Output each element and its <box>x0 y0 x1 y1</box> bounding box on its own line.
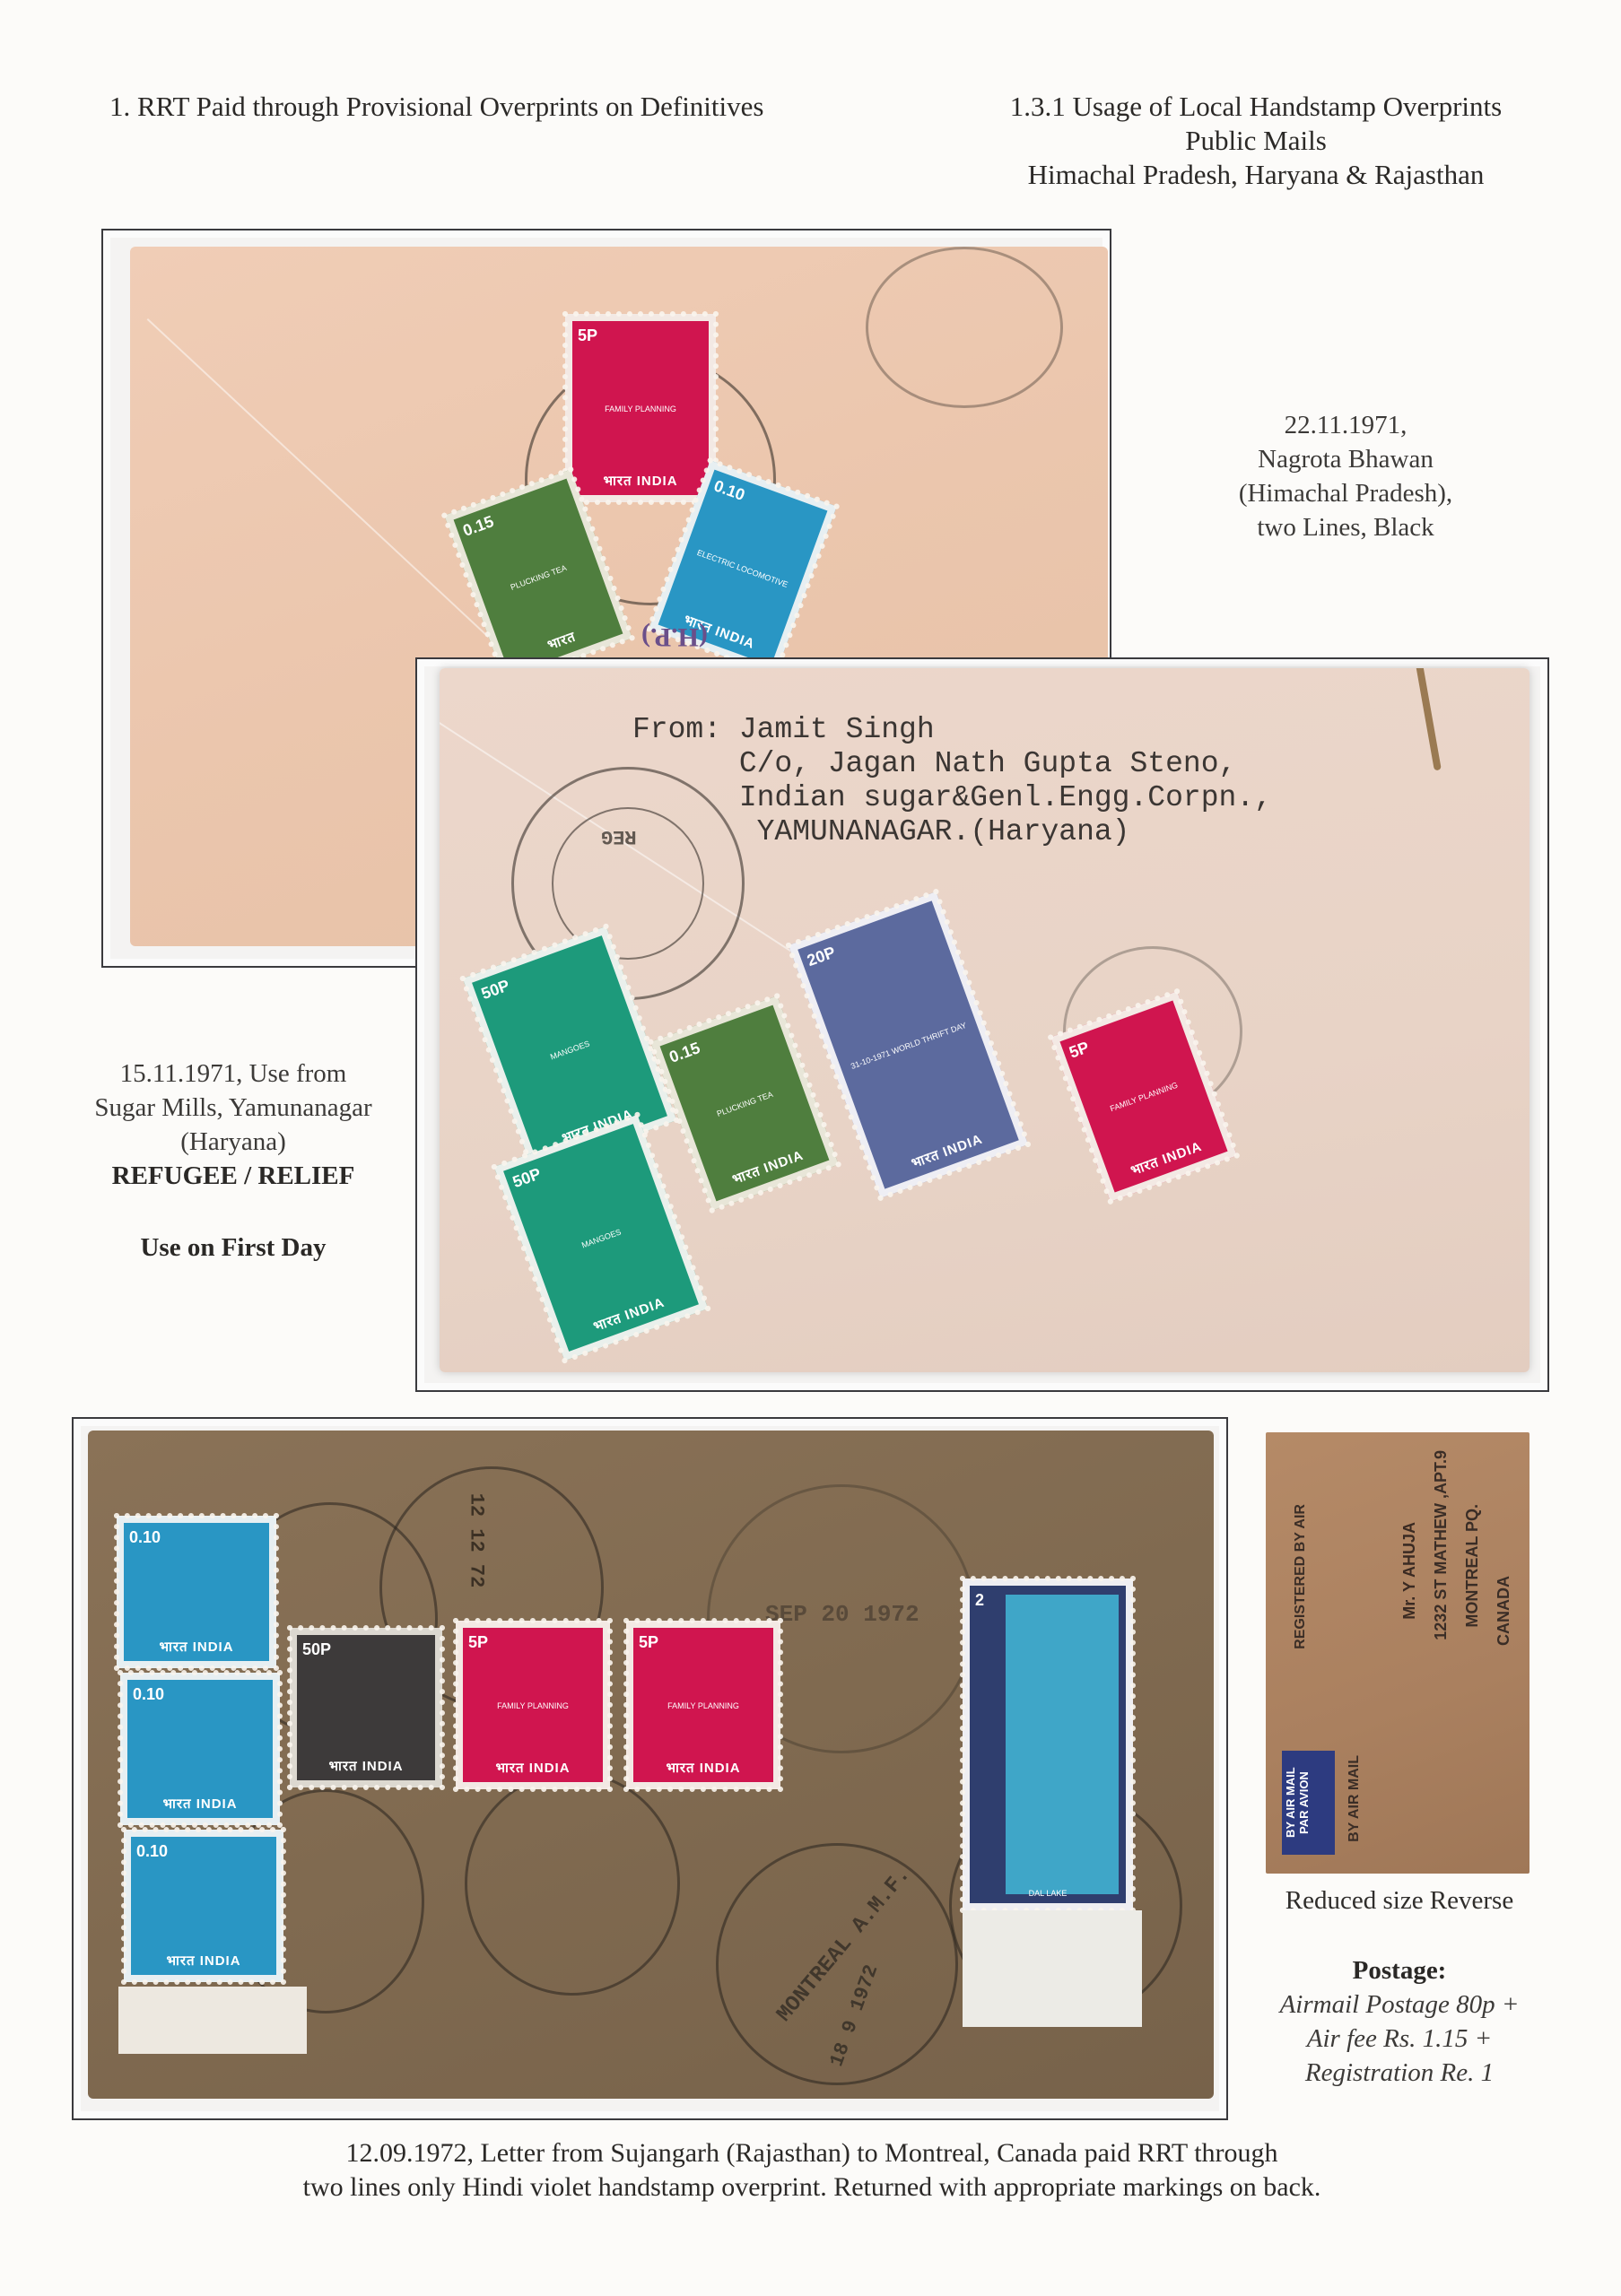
hp-violet-marking: (H.P.) <box>641 622 708 652</box>
stamp-electric-locomotive: 0.10 भारत INDIA <box>117 1516 276 1668</box>
cover-2-envelope: From: Jamit Singh C/o, Jagan Nath Gupta … <box>440 668 1529 1372</box>
cover-1-caption: 22.11.1971, Nagrota Bhawan (Himachal Pra… <box>1157 408 1534 544</box>
twine-string <box>1409 668 1442 770</box>
subsection-title: 1.3.1 Usage of Local Handstamp Overprint… <box>951 90 1561 192</box>
first-day-label: Use on First Day <box>54 1231 413 1265</box>
reverse-thumbnail: BY AIR MAIL PAR AVION REGISTERED BY AIR … <box>1266 1432 1529 1874</box>
reverse-label: Reduced size Reverse <box>1247 1883 1552 1918</box>
stamp-electric-locomotive: 0.10 भारत INDIA <box>124 1830 283 1982</box>
stamp-plucking-tea: 0.15 PLUCKING TEA भारत INDIA <box>650 996 838 1210</box>
stamp-dal-lake: 2 DAL LAKE <box>963 1578 1133 1910</box>
cover-3-caption: 12.09.1972, Letter from Sujangarh (Rajas… <box>161 2136 1462 2205</box>
postage-info: Postage: Airmail Postage 80p + Air fee R… <box>1265 1953 1534 2090</box>
refugee-relief-label: REFUGEE / RELIEF <box>54 1159 413 1193</box>
stamp-family-planning: 5P FAMILY PLANNING भारत INDIA <box>456 1621 610 1789</box>
stamp-sheet-margin <box>963 1910 1142 2027</box>
recipient-address: Mr. Y AHUJA <box>1400 1522 1419 1620</box>
subsection-title-line-3: Himachal Pradesh, Haryana & Rajasthan <box>951 158 1561 192</box>
subsection-title-line-1: 1.3.1 Usage of Local Handstamp Overprint… <box>951 90 1561 124</box>
postmark <box>866 247 1063 408</box>
stamp-sheet-margin <box>118 1987 307 2054</box>
subsection-title-line-2: Public Mails <box>951 124 1561 158</box>
stamp-family-planning: 5P FAMILY PLANNING भारत INDIA <box>565 314 716 502</box>
stamp-family-planning-overprinted: 5P FAMILY PLANNING भारत INDIA <box>626 1621 780 1789</box>
cover-3-envelope: 12 12 72 SEP 20 1972 MONTREAL A.M.F. 18 … <box>88 1431 1214 2099</box>
airmail-label: BY AIR MAIL PAR AVION <box>1282 1751 1335 1855</box>
stamp-somnath-temple: 50P भारत INDIA <box>290 1628 442 1787</box>
stamp-electric-locomotive: 0.10 भारत INDIA <box>120 1673 280 1825</box>
cover-2-caption: 15.11.1971, Use from Sugar Mills, Yamuna… <box>54 1057 413 1265</box>
postage-title: Postage: <box>1265 1953 1534 1987</box>
section-title: 1. RRT Paid through Provisional Overprin… <box>109 90 763 124</box>
